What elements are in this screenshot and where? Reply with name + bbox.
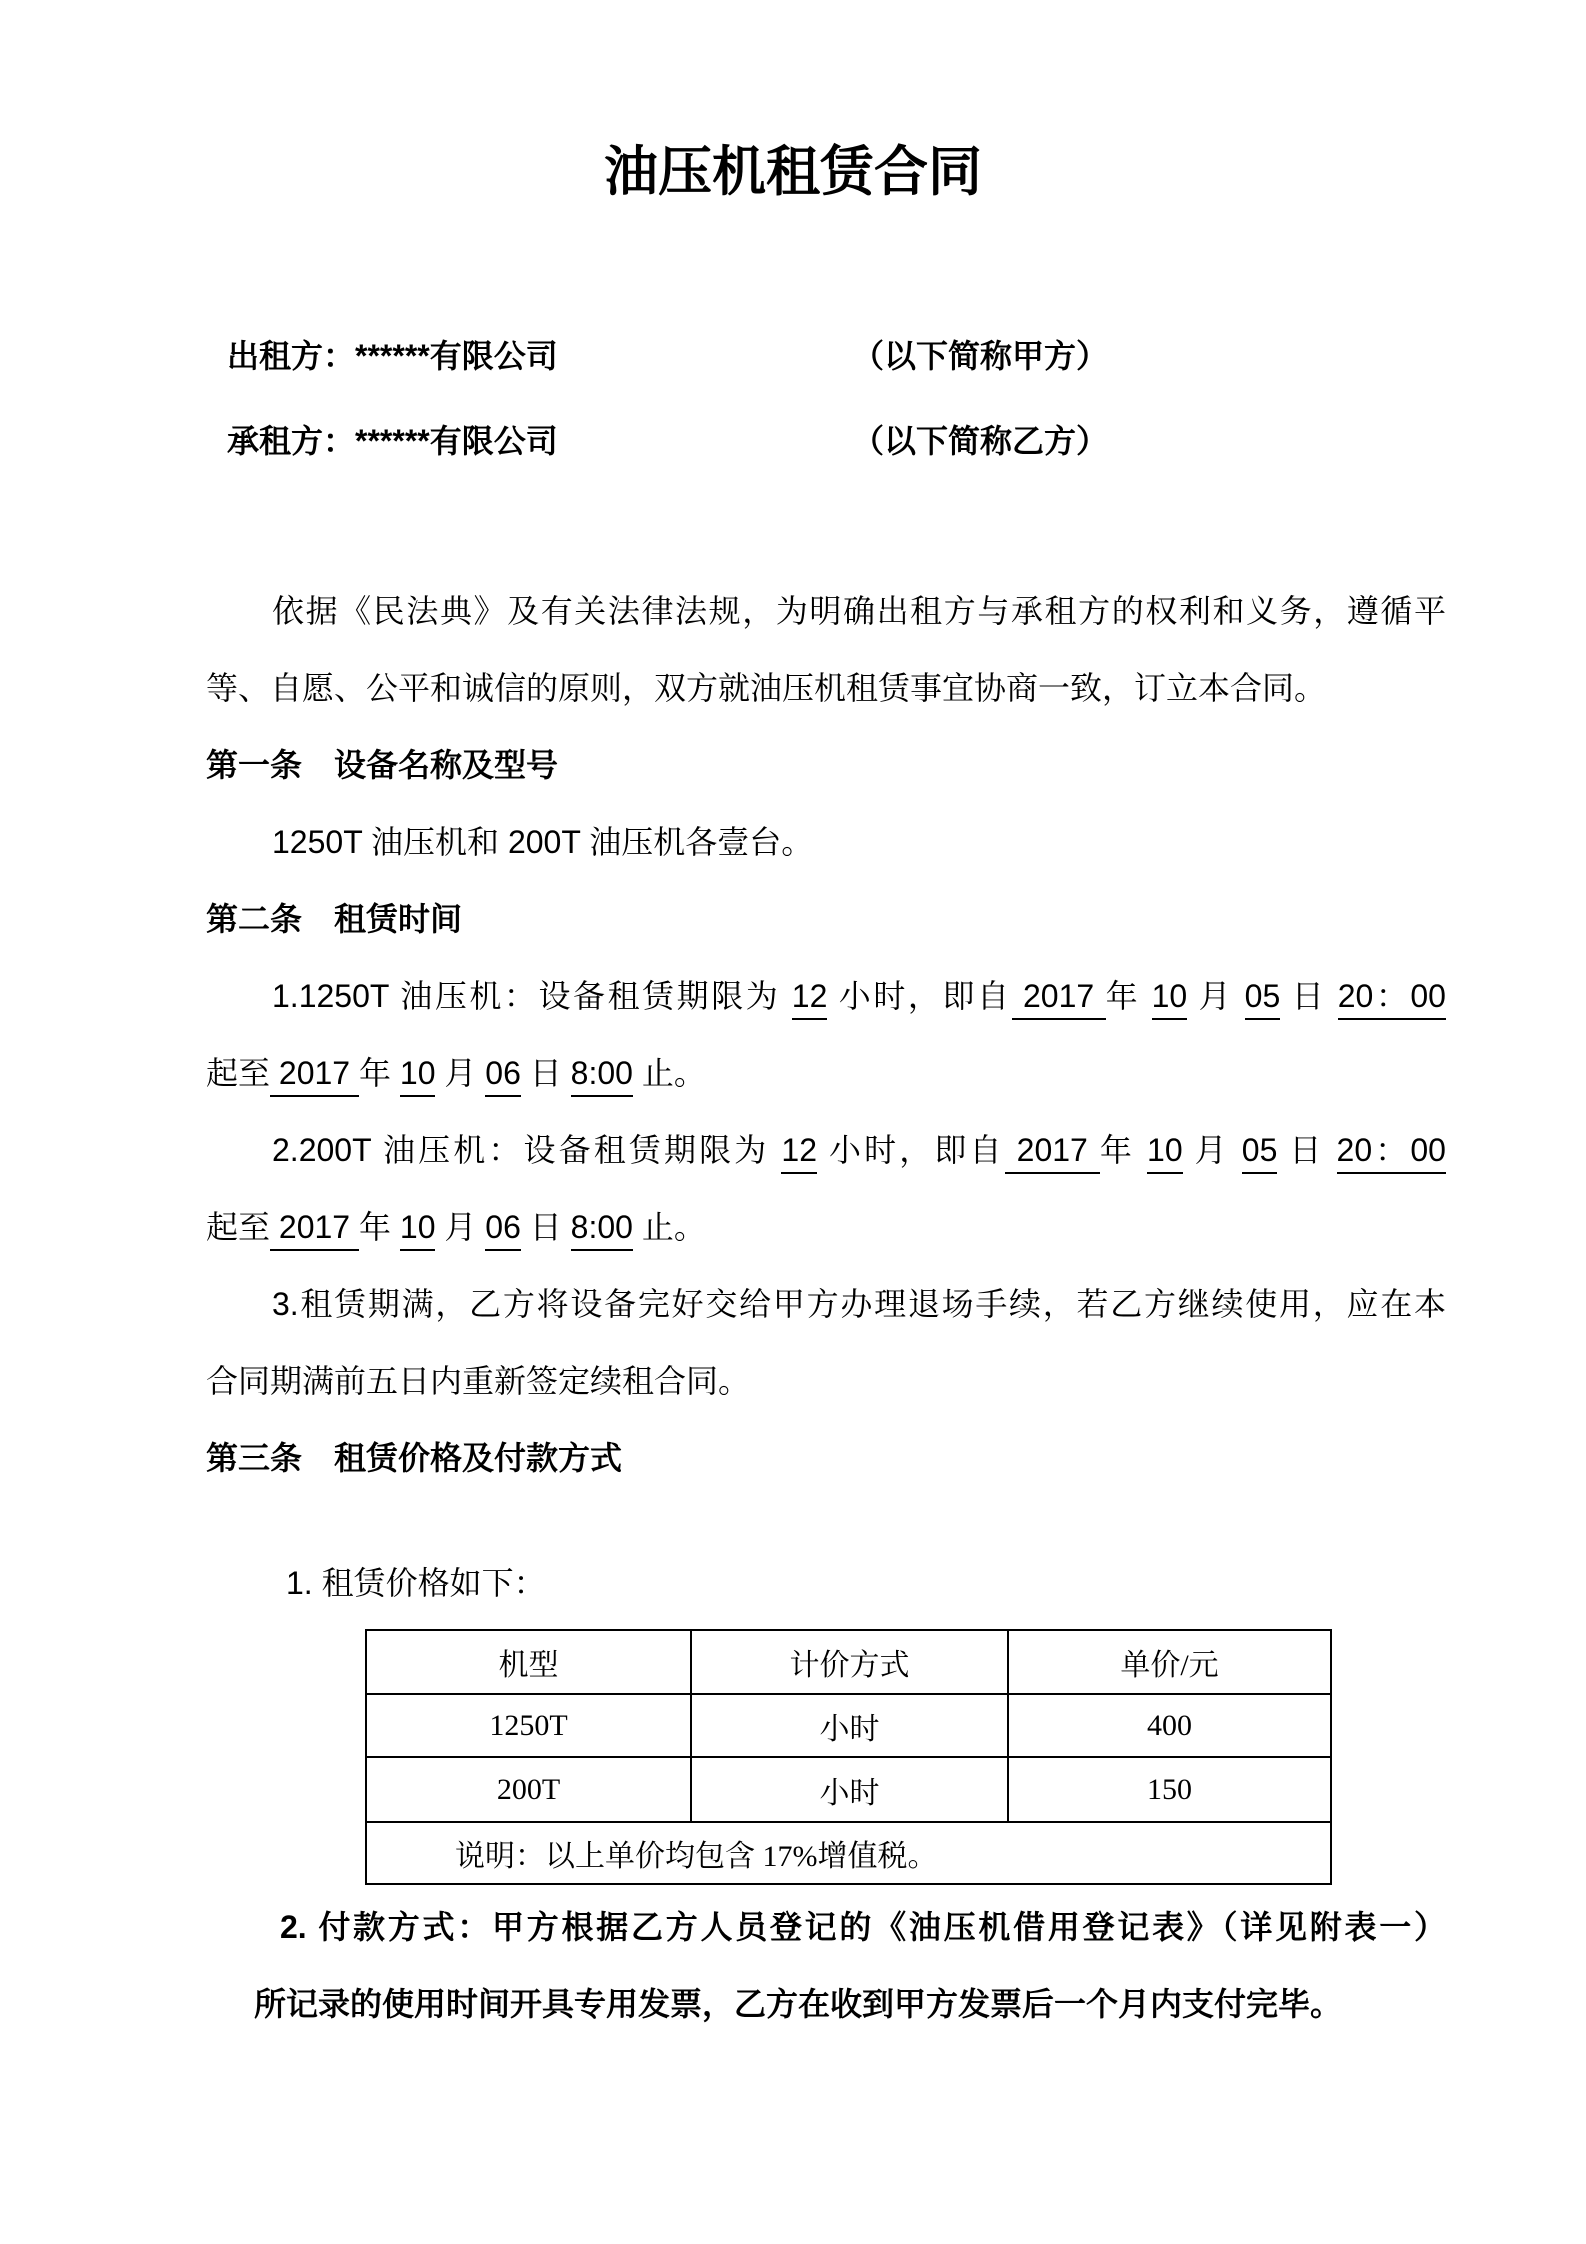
text-segment: 合同期满前五日内重新签定续租合同。 — [206, 1363, 750, 1399]
party-row-lessee: 承租方：******有限公司（以下简称乙方） — [227, 419, 1446, 463]
cell-price-1250t: 400 — [1008, 1694, 1331, 1757]
underlined-text: 10 — [1147, 1132, 1183, 1174]
text-line: 起至 2017 年 10 月 06 日 8:00 止。 — [206, 1035, 1446, 1112]
article2-heading: 第二条 租赁时间 — [206, 881, 1446, 958]
text-segment: 1.1250T 油压机：设备租赁期限为 — [272, 978, 792, 1014]
underlined-text: 8:00 — [571, 1055, 633, 1097]
text-segment: 等、自愿、公平和诚信的原则，双方就油压机租赁事宜协商一致，订立本合同。 — [206, 670, 1326, 706]
underlined-text: 06 — [485, 1055, 521, 1097]
text-segment: 3.租赁期满，乙方将设备完好交给甲方办理退场手续，若乙方继续使用，应在本 — [272, 1286, 1446, 1322]
text-segment: 2.200T 油压机：设备租赁期限为 — [272, 1132, 781, 1168]
price-table: 机型 计价方式 单价/元 1250T 小时 400 200T 小时 150 说明… — [365, 1629, 1332, 1885]
contract-page: 油压机租赁合同 出租方：******有限公司（以下简称甲方） 承租方：*****… — [0, 0, 1586, 2244]
header-machine-type: 机型 — [366, 1630, 691, 1694]
page-title: 油压机租赁合同 — [173, 140, 1413, 204]
underlined-text: 8:00 — [571, 1209, 633, 1251]
text-segment: 小时，即自 — [817, 1132, 1005, 1168]
text-segment: 止。 — [633, 1055, 706, 1091]
header-pricing-method: 计价方式 — [691, 1630, 1008, 1694]
underlined-text: 05 — [1242, 1132, 1278, 1174]
text-segment: 2. 付款方式：甲方根据乙方人员登记的《油压机借用登记表》（详见附表一） — [280, 1909, 1446, 1945]
underlined-text: 12 — [781, 1132, 817, 1174]
text-segment: 起至 — [206, 1209, 270, 1245]
intro-paragraph: 依据《民法典》及有关法律法规，为明确出租方与承租方的权利和义务，遵循平等、自愿、… — [206, 573, 1446, 727]
underlined-text: 2017 — [270, 1055, 359, 1097]
cell-price-200t: 150 — [1008, 1757, 1331, 1822]
text-segment: 依据《民法典》及有关法律法规，为明确出租方与承租方的权利和义务，遵循平 — [272, 593, 1446, 629]
cell-machine-1250t: 1250T — [366, 1694, 691, 1757]
cell-method-200t: 小时 — [691, 1757, 1008, 1822]
article1-heading: 第一条 设备名称及型号 — [206, 727, 1446, 804]
text-line: 1.1250T 油压机：设备租赁期限为 12 小时，即自 2017 年 10 月… — [206, 958, 1446, 1035]
underlined-text: 05 — [1245, 978, 1281, 1020]
text-segment: 日 — [1277, 1132, 1336, 1168]
table-note: 说明：以上单价均包含 17%增值税。 — [366, 1822, 1331, 1884]
lessee-name: 承租方：******有限公司 — [227, 419, 852, 463]
text-segment: 止。 — [633, 1209, 706, 1245]
party-row-lessor: 出租方：******有限公司（以下简称甲方） — [227, 334, 1446, 378]
underlined-text: 2017 — [1012, 978, 1106, 1020]
table-row: 1250T 小时 400 — [366, 1694, 1331, 1757]
underlined-text: 10 — [1152, 978, 1188, 1020]
price-intro: 1. 租赁价格如下： — [206, 1545, 1446, 1622]
text-segment: 月 — [435, 1209, 485, 1245]
table-note-row: 说明：以上单价均包含 17%增值税。 — [366, 1822, 1331, 1884]
underlined-text: 06 — [485, 1209, 521, 1251]
clause-200t-term: 2.200T 油压机：设备租赁期限为 12 小时，即自 2017 年 10 月 … — [206, 1112, 1446, 1266]
price-table-header-row: 机型 计价方式 单价/元 — [366, 1630, 1331, 1694]
table-row: 200T 小时 150 — [366, 1757, 1331, 1822]
lessee-alias: （以下简称乙方） — [852, 419, 1108, 463]
underlined-text: 10 — [400, 1055, 436, 1097]
text-line: 3.租赁期满，乙方将设备完好交给甲方办理退场手续，若乙方继续使用，应在本 — [206, 1266, 1446, 1343]
text-segment: 月 — [435, 1055, 485, 1091]
text-line: 合同期满前五日内重新签定续租合同。 — [206, 1343, 1446, 1420]
lessor-alias: （以下简称甲方） — [852, 334, 1108, 378]
article3-heading: 第三条 租赁价格及付款方式 — [206, 1420, 1446, 1497]
text-line: 2. 付款方式：甲方根据乙方人员登记的《油压机借用登记表》（详见附表一） — [254, 1889, 1446, 1966]
underlined-text: 2017 — [1005, 1132, 1100, 1174]
underlined-text: 2017 — [270, 1209, 359, 1251]
text-line: 所记录的使用时间开具专用发票，乙方在收到甲方发票后一个月内支付完毕。 — [254, 1966, 1446, 2043]
lessor-name: 出租方：******有限公司 — [227, 334, 852, 378]
header-unit-price: 单价/元 — [1008, 1630, 1331, 1694]
underlined-text: 20：00 — [1337, 1132, 1446, 1174]
clause-return-renewal: 3.租赁期满，乙方将设备完好交给甲方办理退场手续，若乙方继续使用，应在本合同期满… — [206, 1266, 1446, 1420]
text-line: 等、自愿、公平和诚信的原则，双方就油压机租赁事宜协商一致，订立本合同。 — [206, 650, 1446, 727]
text-segment: 年 — [1106, 978, 1152, 1014]
text-segment: 年 — [359, 1209, 400, 1245]
text-segment: 月 — [1183, 1132, 1242, 1168]
text-segment: 小时，即自 — [827, 978, 1011, 1014]
text-line: 依据《民法典》及有关法律法规，为明确出租方与承租方的权利和义务，遵循平 — [206, 573, 1446, 650]
article1-body: 1250T 油压机和 200T 油压机各壹台。 — [206, 804, 1446, 881]
underlined-text: 10 — [400, 1209, 436, 1251]
cell-machine-200t: 200T — [366, 1757, 691, 1822]
text-segment: 日 — [521, 1209, 571, 1245]
text-segment: 月 — [1187, 978, 1244, 1014]
text-segment: 年 — [359, 1055, 400, 1091]
underlined-text: 20：00 — [1338, 978, 1446, 1020]
text-segment: 日 — [1280, 978, 1337, 1014]
payment-paragraph: 2. 付款方式：甲方根据乙方人员登记的《油压机借用登记表》（详见附表一）所记录的… — [254, 1889, 1446, 2043]
text-segment: 年 — [1100, 1132, 1147, 1168]
text-line: 2.200T 油压机：设备租赁期限为 12 小时，即自 2017 年 10 月 … — [206, 1112, 1446, 1189]
text-segment: 日 — [521, 1055, 571, 1091]
cell-method-1250t: 小时 — [691, 1694, 1008, 1757]
text-segment: 起至 — [206, 1055, 270, 1091]
clause-1250t-term: 1.1250T 油压机：设备租赁期限为 12 小时，即自 2017 年 10 月… — [206, 958, 1446, 1112]
text-segment: 所记录的使用时间开具专用发票，乙方在收到甲方发票后一个月内支付完毕。 — [254, 1986, 1342, 2022]
underlined-text: 12 — [792, 978, 828, 1020]
text-line: 起至 2017 年 10 月 06 日 8:00 止。 — [206, 1189, 1446, 1266]
